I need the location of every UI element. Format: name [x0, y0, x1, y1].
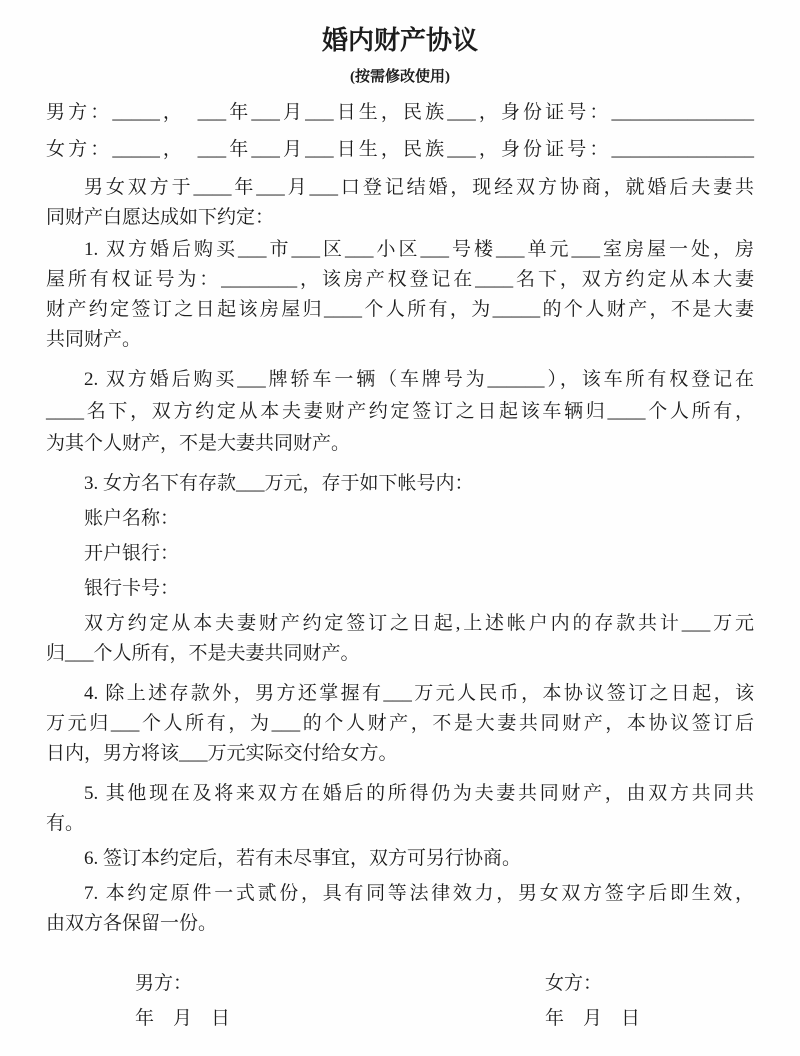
clause-1-line-3: 财产约定签订之日起该房屋归____个人所有，为_____的个人财产，不是大妻 — [46, 295, 754, 325]
intro-line-2: 同财产白愿达成如下约定： — [46, 203, 754, 233]
bank-name-label: 开户银行： — [46, 539, 754, 569]
clause-4-line-3: 日内，男方将该___万元实际交付给女方。 — [46, 739, 754, 769]
female-signature-date: 年 月 日 — [545, 1004, 640, 1034]
clause-2-line-3: 为其个人财产，不是大妻共同财产。 — [46, 429, 754, 459]
female-signature-label: 女方： — [545, 969, 602, 999]
clause-1-line-2: 屋所有权证号为：________，该房产权登记在____名下，双方约定从本大妻 — [46, 265, 754, 295]
clause-5-line-1: 5. 其他现在及将来双方在婚后的所得仍为夫妻共同财产，由双方共同共 — [46, 779, 754, 809]
clause-1-line-1: 1. 双方婚后购买___市___区___小区___号楼___单元___室房屋一处… — [46, 235, 754, 265]
clause-3-line-5: 双方约定从本夫妻财产约定签订之日起,上述帐户内的存款共计___万元 — [46, 609, 754, 639]
clause-3-line-6: 归___个人所有，不是夫妻共同财产。 — [46, 639, 754, 669]
clause-7-line-2: 由双方各保留一份。 — [46, 909, 754, 939]
clause-4-line-2: 万元归___个人所有，为___的个人财产，不是大妻共同财产，本协议签订后 — [46, 709, 754, 739]
signature-dates-row: 年 月 日 年 月 日 — [46, 1004, 754, 1034]
clause-3-line-1: 3. 女方名下有存款___万元，存于如下帐号内： — [46, 469, 754, 499]
party-female-line: 女方：_____， ___年___月___日生，民族___，身份证号：_____… — [46, 135, 754, 165]
account-name-label: 账户名称： — [46, 504, 754, 534]
document-page: 婚内财产协议 (按需修改使用) 男方：_____， ___年___月___日生，… — [0, 0, 800, 1056]
clause-4-line-1: 4. 除上述存款外，男方还掌握有___万元人民币，本协议签订之日起，该 — [46, 679, 754, 709]
party-male-line: 男方：_____， ___年___月___日生，民族___，身份证号：_____… — [46, 98, 754, 128]
male-signature-date: 年 月 日 — [135, 1004, 230, 1034]
doc-body: 男方：_____， ___年___月___日生，民族___，身份证号：_____… — [46, 98, 754, 939]
clause-2-line-1: 2. 双方婚后购买___牌轿车一辆（车牌号为______），该车所有权登记在 — [46, 365, 754, 395]
signature-block: 男方： 女方： 年 月 日 年 月 日 — [46, 969, 754, 1034]
intro-line-1: 男女双方于____年___月___口登记结婚，现经双方协商，就婚后夫妻共 — [46, 173, 754, 203]
male-signature-label: 男方： — [135, 969, 192, 999]
clause-2-line-2: ____名下，双方约定从本夫妻财产约定签订之日起该车辆归____个人所有， — [46, 397, 754, 427]
card-number-label: 银行卡号： — [46, 574, 754, 604]
doc-title: 婚内财产协议 — [46, 24, 754, 58]
clause-7-line-1: 7. 本约定原件一式贰份，具有同等法律效力，男女双方签字后即生效， — [46, 879, 754, 909]
doc-subtitle: (按需修改使用) — [46, 67, 754, 87]
clause-5-line-2: 有。 — [46, 809, 754, 839]
signature-labels-row: 男方： 女方： — [46, 969, 754, 999]
clause-6-line: 6. 签订本约定后，若有未尽事宜，双方可另行协商。 — [46, 844, 754, 874]
clause-1-line-4: 共同财产。 — [46, 325, 754, 355]
